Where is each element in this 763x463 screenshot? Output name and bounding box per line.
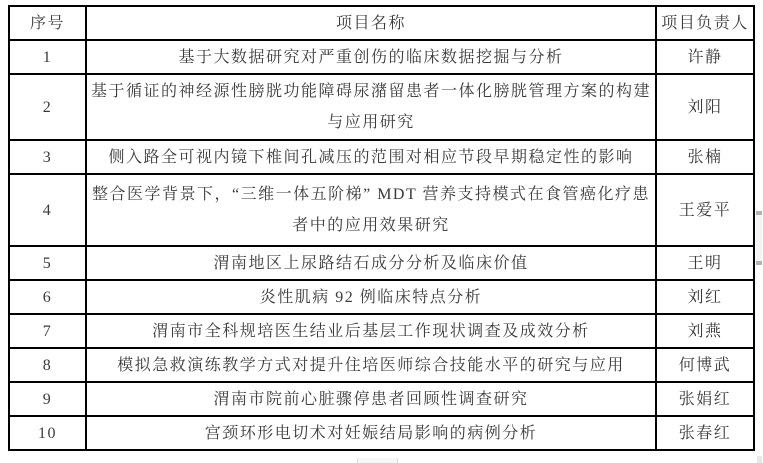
table-row: 5 渭南地区上尿路结石成分分析及临床价值 王明 bbox=[9, 246, 754, 280]
table-row: 3 侧入路全可视内镜下椎间孔减压的范围对相应节段早期稳定性的影响 张楠 bbox=[9, 140, 754, 174]
cell-no: 6 bbox=[9, 280, 86, 314]
table-row: 4 整合医学背景下，“三维一体五阶梯” MDT 营养支持模式在食管癌化疗患者中的… bbox=[9, 174, 754, 246]
cell-leader: 张楠 bbox=[656, 140, 754, 174]
header-no: 序号 bbox=[9, 6, 86, 40]
cell-leader: 王爱平 bbox=[656, 174, 754, 246]
cell-no: 10 bbox=[9, 416, 86, 450]
cell-no: 7 bbox=[9, 314, 86, 348]
cell-project-name: 宫颈环形电切术对妊娠结局影响的病例分析 bbox=[86, 416, 656, 450]
cell-leader: 张春红 bbox=[656, 416, 754, 450]
cell-leader: 张娟红 bbox=[656, 382, 754, 416]
corner-fragment bbox=[757, 456, 762, 463]
scrollbar-thumb-cap bbox=[756, 261, 762, 265]
cell-leader: 刘红 bbox=[656, 280, 754, 314]
cell-no: 1 bbox=[9, 40, 86, 74]
table-row: 6 炎性肌病 92 例临床特点分析 刘红 bbox=[9, 280, 754, 314]
cell-leader: 王明 bbox=[656, 246, 754, 280]
cell-no: 2 bbox=[9, 74, 86, 140]
header-name: 项目名称 bbox=[86, 6, 656, 40]
cell-project-name: 基于大数据研究对严重创伤的临床数据挖掘与分析 bbox=[86, 40, 656, 74]
cell-project-name: 渭南市院前心脏骤停患者回顾性调查研究 bbox=[86, 382, 656, 416]
cell-no: 4 bbox=[9, 174, 86, 246]
header-leader: 项目负责人 bbox=[656, 6, 754, 40]
table-row: 10 宫颈环形电切术对妊娠结局影响的病例分析 张春红 bbox=[9, 416, 754, 450]
scrollbar-thumb-cap bbox=[756, 211, 762, 215]
cell-project-name: 基于循证的神经源性膀胱功能障碍尿潴留患者一体化膀胱管理方案的构建与应用研究 bbox=[86, 74, 656, 140]
cell-leader: 刘燕 bbox=[656, 314, 754, 348]
scrollbar-thumb[interactable] bbox=[756, 211, 762, 265]
cell-project-name: 渭南市全科规培医生结业后基层工作现状调查及成效分析 bbox=[86, 314, 656, 348]
cutoff-element-fragment bbox=[357, 458, 398, 463]
table-row: 9 渭南市院前心脏骤停患者回顾性调查研究 张娟红 bbox=[9, 382, 754, 416]
cell-project-name: 侧入路全可视内镜下椎间孔减压的范围对相应节段早期稳定性的影响 bbox=[86, 140, 656, 174]
cell-project-name: 整合医学背景下，“三维一体五阶梯” MDT 营养支持模式在食管癌化疗患者中的应用… bbox=[86, 174, 656, 246]
document-page: 序号 项目名称 项目负责人 1 基于大数据研究对严重创伤的临床数据挖掘与分析 许… bbox=[0, 0, 763, 463]
table-row: 8 模拟急救演练教学方式对提升住培医师综合技能水平的研究与应用 何博武 bbox=[9, 348, 754, 382]
table-row: 2 基于循证的神经源性膀胱功能障碍尿潴留患者一体化膀胱管理方案的构建与应用研究 … bbox=[9, 74, 754, 140]
cell-leader: 许静 bbox=[656, 40, 754, 74]
cell-leader: 刘阳 bbox=[656, 74, 754, 140]
cell-no: 8 bbox=[9, 348, 86, 382]
cell-project-name: 渭南地区上尿路结石成分分析及临床价值 bbox=[86, 246, 656, 280]
cell-leader: 何博武 bbox=[656, 348, 754, 382]
cell-no: 5 bbox=[9, 246, 86, 280]
cell-project-name: 炎性肌病 92 例临床特点分析 bbox=[86, 280, 656, 314]
table-row: 1 基于大数据研究对严重创伤的临床数据挖掘与分析 许静 bbox=[9, 40, 754, 74]
cell-no: 3 bbox=[9, 140, 86, 174]
table-row: 7 渭南市全科规培医生结业后基层工作现状调查及成效分析 刘燕 bbox=[9, 314, 754, 348]
cell-no: 9 bbox=[9, 382, 86, 416]
project-table: 序号 项目名称 项目负责人 1 基于大数据研究对严重创伤的临床数据挖掘与分析 许… bbox=[8, 5, 755, 451]
table-header-row: 序号 项目名称 项目负责人 bbox=[9, 6, 754, 40]
cell-project-name: 模拟急救演练教学方式对提升住培医师综合技能水平的研究与应用 bbox=[86, 348, 656, 382]
